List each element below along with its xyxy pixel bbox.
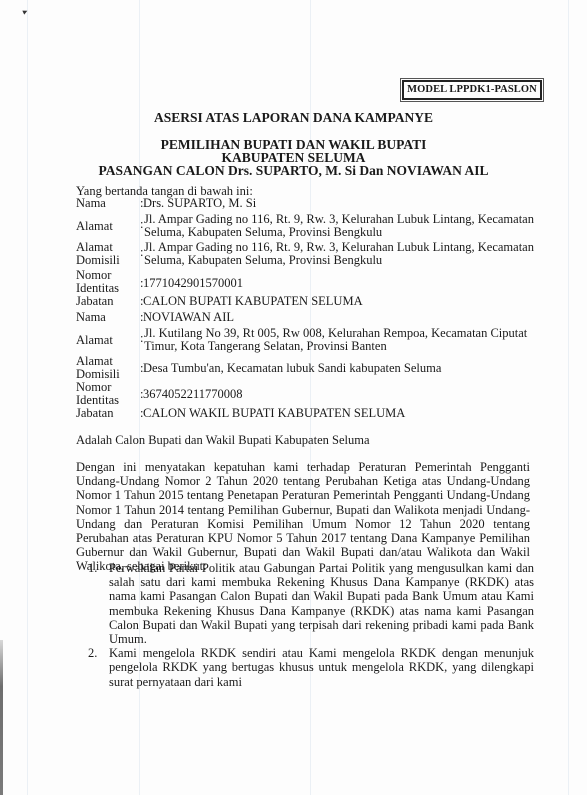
list-item-text: Kami mengelola RKDK sendiri atau Kami me… — [109, 646, 534, 688]
identity-label: Jabatan — [76, 407, 138, 420]
list-item-number: 1. — [88, 561, 97, 575]
corner-mark-icon: ▸ — [21, 6, 30, 18]
scan-edge-shadow — [0, 640, 3, 795]
identity-label: Nomor Identitas — [76, 269, 138, 295]
identity-label: Alamat Domisili — [76, 355, 138, 381]
identity-value: 3674052211770008 — [143, 388, 543, 401]
identity-label: Nama — [76, 311, 138, 324]
identity-value: Drs. SUPARTO, M. Si — [143, 197, 543, 210]
identity-value: CALON WAKIL BUPATI KABUPATEN SELUMA — [143, 407, 543, 420]
compliance-paragraph: Dengan ini menyatakan kepatuhan kami ter… — [76, 460, 530, 574]
identity-value: Jl. Kutilang No 39, Rt 005, Rw 008, Kelu… — [144, 327, 544, 353]
identity-value: NOVIAWAN AIL — [143, 311, 543, 324]
subtitle-line-3: PASANGAN CALON Drs. SUPARTO, M. Si Dan N… — [0, 163, 587, 179]
list-item: 2. Kami mengelola RKDK sendiri atau Kami… — [88, 646, 534, 689]
identity-value: 1771042901570001 — [143, 277, 543, 290]
identity-value: Jl. Ampar Gading no 116, Rt. 9, Rw. 3, K… — [144, 213, 544, 239]
identity-colon: : — [140, 246, 143, 259]
identity-label: Alamat Domisili — [76, 241, 138, 267]
identity-value: Jl. Ampar Gading no 116, Rt. 9, Rw. 3, K… — [144, 241, 544, 267]
identity-label: Alamat — [76, 220, 138, 233]
candidate-statement: Adalah Calon Bupati dan Wakil Bupati Kab… — [76, 433, 530, 447]
identity-colon: : — [140, 332, 143, 345]
document-title: ASERSI ATAS LAPORAN DANA KAMPANYE — [0, 110, 587, 126]
model-label-box: MODEL LPPDK1-PASLON — [402, 80, 542, 100]
identity-colon: : — [140, 218, 143, 231]
list-item-text: Perwakilan Partai Politik atau Gabungan … — [109, 561, 534, 646]
identity-value: Desa Tumbu'an, Kecamatan lubuk Sandi kab… — [143, 362, 543, 375]
identity-label: Nama — [76, 197, 138, 210]
list-item: 1. Perwakilan Partai Politik atau Gabung… — [88, 561, 534, 646]
compliance-list: 1. Perwakilan Partai Politik atau Gabung… — [88, 561, 534, 689]
identity-label: Nomor Identitas — [76, 381, 138, 407]
identity-label: Jabatan — [76, 295, 138, 308]
identity-value: CALON BUPATI KABUPATEN SELUMA — [143, 295, 543, 308]
identity-label: Alamat — [76, 334, 138, 347]
list-item-number: 2. — [88, 646, 97, 660]
